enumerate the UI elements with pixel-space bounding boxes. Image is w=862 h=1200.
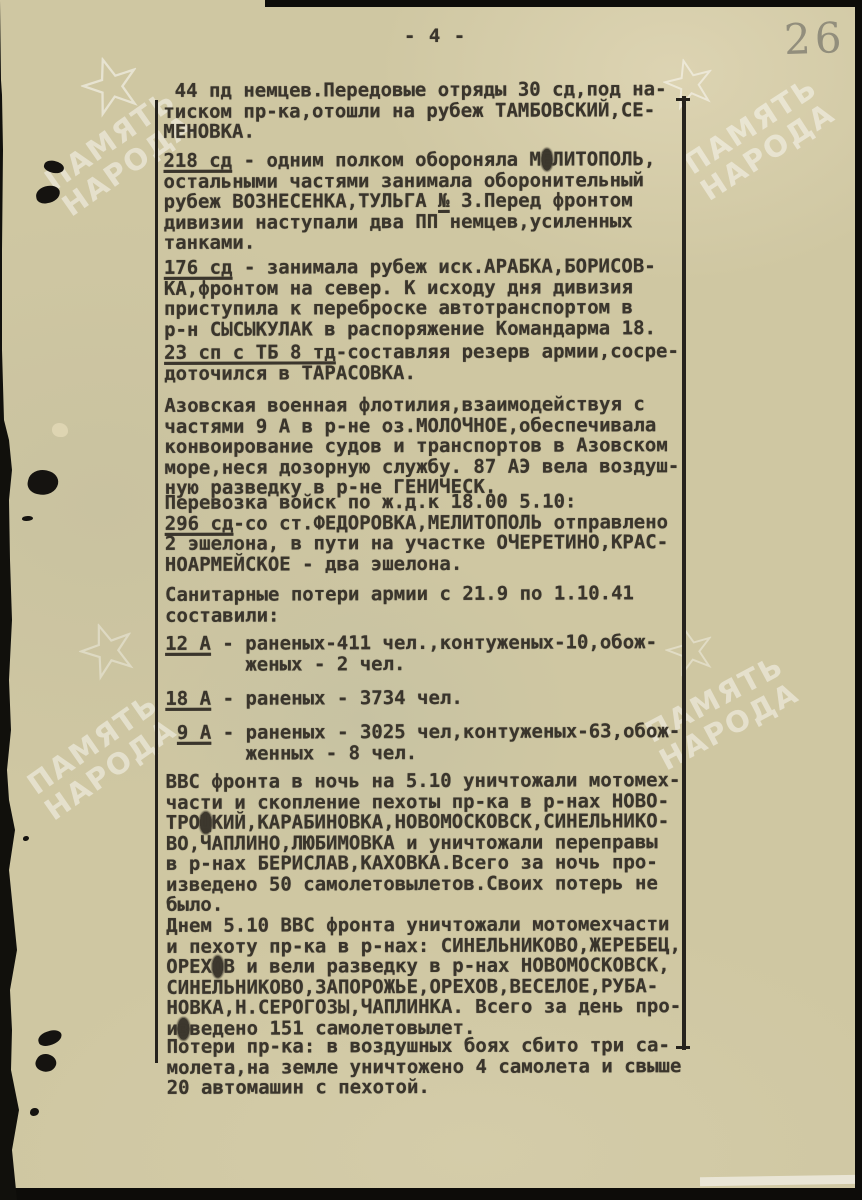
text-line: женых - 2 чел. — [165, 653, 697, 675]
text-column: 44 пд немцев.Передовые отряды 30 сд,под … — [163, 0, 699, 1200]
text-line: танками. — [164, 231, 696, 253]
text-segment: дивизии наступали два ПП немцев,усиленны… — [164, 210, 633, 234]
paragraph: 9 А - раненых - 3025 чел,контуженых-63,о… — [165, 721, 697, 764]
text-line: женных - 8 чел. — [165, 742, 697, 764]
ink-blot-text: О — [212, 956, 224, 978]
paragraph: Днем 5.10 ВВС фронта уничтожали мотомехч… — [166, 914, 698, 1039]
text-line: было. — [166, 893, 698, 915]
paragraph: Перевозка войск по ж.д.к 18.00 5.10:296 … — [165, 491, 697, 575]
text-line: 9 А - раненых - 3025 чел,контуженых-63,о… — [165, 721, 697, 743]
text-segment: ОРЕХ — [166, 956, 212, 978]
text-segment: р-н СЫСЫКУЛАК в распоряжение Командарма … — [164, 317, 656, 341]
scan-edge-bottom — [0, 1188, 862, 1200]
paragraph: 18 А - раненых - 3734 чел. — [165, 687, 697, 709]
text-segment: МЕНОВКА. — [163, 121, 255, 143]
paragraph: 176 сд - занимала рубеж иск.АРАБКА,БОРИС… — [164, 256, 696, 340]
text-segment: танками. — [164, 232, 256, 254]
text-segment: ЛИТОПОЛЬ, — [552, 148, 655, 170]
text-line: Санитарные потери армии с 21.9 по 1.10.4… — [165, 583, 697, 605]
text-segment: море,неся дозорную службу. 87 АЭ вела во… — [164, 455, 679, 479]
text-segment: - раненых - 3734 чел. — [211, 687, 463, 710]
text-segment: 3.Перед фронтом — [450, 189, 633, 212]
underlined-text: № — [438, 190, 450, 212]
ink-blot-text: Е — [541, 149, 553, 171]
archive-page-stamp: 26 — [783, 13, 846, 64]
paragraph: 44 пд немцев.Передовые отряды 30 сд,под … — [163, 79, 695, 142]
underlined-text: 9 А — [177, 722, 211, 744]
text-line: р-н СЫСЫКУЛАК в распоряжение Командарма … — [164, 318, 696, 340]
text-segment: НОАРМЕЙСКОЕ - два эшелона. — [165, 552, 462, 575]
paragraph: ВВС фронта в ночь на 5.10 уничтожали мот… — [166, 770, 698, 915]
text-segment: - раненых - 3025 чел,контуженых-63,обож- — [211, 720, 680, 744]
underlined-text: 23 сп с ТБ 8 тд — [164, 341, 336, 364]
paragraph: 218 сд - одним полком обороняла МЕЛИТОПО… — [163, 149, 695, 253]
text-line: составили: — [165, 604, 697, 626]
text-line: 18 А - раненых - 3734 чел. — [165, 687, 697, 709]
text-segment: НОВКА,Н.СЕРОГОЗЫ,ЧАПЛИНКА. Всего за день… — [166, 995, 681, 1019]
text-segment: тиском пр-ка,отошли на рубеж ТАМБОВСКИЙ,… — [163, 99, 655, 123]
scan-edge-top — [265, 0, 862, 7]
text-segment: - одним полком обороняла М — [232, 149, 541, 172]
paragraph: Азовская военная флотилия,взаимодействуя… — [164, 394, 696, 498]
scan-edge-right — [855, 0, 862, 1200]
text-line: 23 сп с ТБ 8 тд-составляя резерв армии,с… — [164, 341, 696, 363]
underlined-text: 12 А — [165, 633, 211, 655]
text-segment: рубеж ВОЗНЕСЕНКА,ТУЛЬГА — [164, 190, 439, 213]
text-segment: ТРО — [166, 812, 200, 834]
underlined-text: 18 А — [165, 688, 211, 710]
paragraph: Потери пр-ка: в воздушных боях сбито три… — [167, 1035, 699, 1098]
text-line: МЕНОВКА. — [163, 120, 695, 142]
text-line: дивизии наступали два ПП немцев,усиленны… — [164, 211, 696, 233]
text-line: море,неся дозорную службу. 87 АЭ вела во… — [165, 456, 697, 478]
underlined-text: 296 сд — [165, 512, 234, 534]
left-margin-rule — [155, 100, 158, 1063]
text-segment: женных - 8 чел. — [165, 742, 417, 765]
underlined-text: 218 сд — [163, 150, 232, 172]
text-line: доточился в ТАРАСОВКА. — [164, 362, 696, 384]
text-segment — [165, 722, 177, 744]
paragraph: 12 А - раненых-411 чел.,контуженых-10,об… — [165, 632, 697, 675]
text-line: молета,на земле уничтожено 4 самолета и … — [167, 1056, 699, 1078]
text-segment: 2 эшелона, в пути на участке ОЧЕРЕТИНО,К… — [165, 531, 668, 555]
text-line: тиском пр-ка,отошли на рубеж ТАМБОВСКИЙ,… — [163, 100, 695, 122]
text-segment: Санитарные потери армии с 21.9 по 1.10.4… — [165, 582, 634, 606]
underlined-text: 176 сд — [164, 257, 233, 279]
text-segment: было. — [166, 894, 223, 916]
text-line: изведено 50 самолетовылетов.Своих потерь… — [166, 873, 698, 895]
paragraph: Санитарные потери армии с 21.9 по 1.10.4… — [165, 583, 697, 626]
text-line: 12 А - раненых-411 чел.,контуженых-10,об… — [165, 632, 697, 654]
text-line: 20 автомашин с пехотой. — [167, 1076, 699, 1098]
text-line: 2 эшелона, в пути на участке ОЧЕРЕТИНО,К… — [165, 532, 697, 554]
scanned-military-document: { "page": { "header_page_number": "- 4 -… — [0, 0, 862, 1200]
paper-chip — [52, 423, 68, 437]
ink-blot-text: Ц — [200, 812, 212, 834]
text-line: НОВКА,Н.СЕРОГОЗЫ,ЧАПЛИНКА. Всего за день… — [166, 996, 698, 1018]
text-segment: изведено 50 самолетовылетов.Своих потерь… — [166, 872, 658, 896]
text-line: НОАРМЕЙСКОЕ - два эшелона. — [165, 553, 697, 575]
text-segment: женых - 2 чел. — [165, 653, 405, 676]
text-segment: -составляя резерв армии,сосре- — [336, 340, 679, 363]
text-segment: доточился в ТАРАСОВКА. — [164, 362, 416, 385]
text-segment: молета,на земле уничтожено 4 самолета и … — [167, 1055, 682, 1079]
text-segment: 20 автомашин с пехотой. — [167, 1076, 430, 1099]
paragraph: 23 сп с ТБ 8 тд-составляя резерв армии,с… — [164, 341, 696, 384]
text-segment: - раненых-411 чел.,контуженых-10,обож- — [211, 631, 657, 655]
text-segment: составили: — [165, 604, 279, 626]
